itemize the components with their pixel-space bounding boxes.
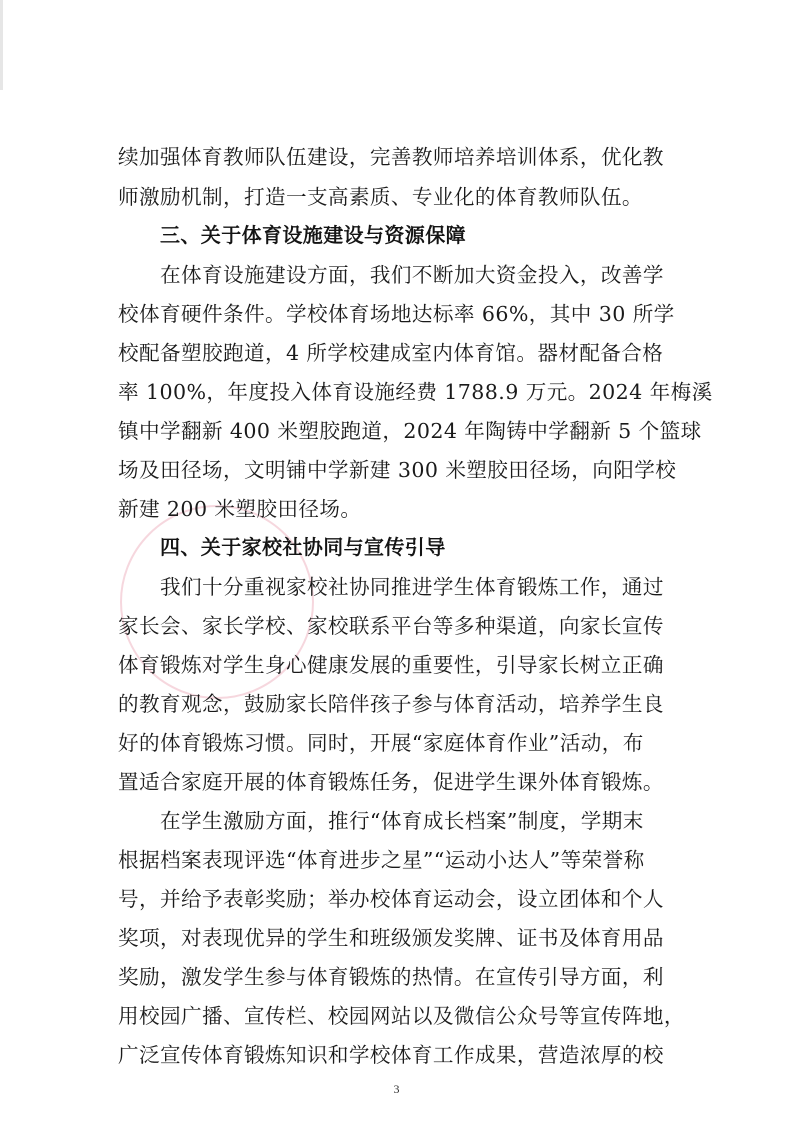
paragraph-line: 在学生激励方面，推行“体育成长档案”制度，学期末 — [160, 804, 644, 834]
paragraph-line: 广泛宣传体育锻炼知识和学校体育工作成果，营造浓厚的校 — [118, 1038, 664, 1068]
paragraph-line: 镇中学翻新 400 米塑胶跑道，2024 年陶铸中学翻新 5 个篮球 — [118, 414, 702, 444]
paragraph-line: 在体育设施建设方面，我们不断加大资金投入，改善学 — [160, 258, 664, 288]
paragraph-line: 校配备塑胶跑道，4 所学校建成室内体育馆。器材配备合格 — [118, 336, 663, 366]
page-number: 3 — [0, 1082, 793, 1097]
section-heading-3: 三、关于体育设施建设与资源保障 — [160, 219, 466, 248]
paragraph-line: 家长会、家长学校、家校联系平台等多种渠道，向家长宣传 — [118, 609, 664, 639]
paragraph-line: 师激励机制，打造一支高素质、专业化的体育教师队伍。 — [118, 180, 643, 210]
paragraph-line: 号，并给予表彰奖励；举办校体育运动会，设立团体和个人 — [118, 882, 664, 912]
paragraph-line: 续加强体育教师队伍建设，完善教师培养培训体系，优化教 — [118, 140, 664, 170]
paragraph-line: 校体育硬件条件。学校体育场地达标率 66%，其中 30 所学 — [118, 297, 675, 327]
paragraph-line: 好的体育锻炼习惯。同时，开展“家庭体育作业”活动，布 — [118, 726, 644, 756]
document-page: 续加强体育教师队伍建设，完善教师培养培训体系，优化教 师激励机制，打造一支高素质… — [0, 0, 793, 1121]
paragraph-line: 用校园广播、宣传栏、校园网站以及微信公众号等宣传阵地， — [118, 999, 685, 1029]
paragraph-line: 场及田径场，文明铺中学新建 300 米塑胶田径场，向阳学校 — [118, 453, 676, 483]
paragraph-line: 率 100%，年度投入体育设施经费 1788.9 万元。2024 年梅溪 — [118, 375, 713, 405]
paragraph-line: 我们十分重视家校社协同推进学生体育锻炼工作，通过 — [160, 570, 664, 600]
section-heading-4: 四、关于家校社协同与宣传引导 — [160, 531, 446, 560]
paragraph-line: 的教育观念，鼓励家长陪伴孩子参与体育活动，培养学生良 — [118, 687, 664, 717]
paragraph-line: 根据档案表现评选“体育进步之星”“运动小达人”等荣誉称 — [118, 843, 645, 873]
paragraph-line: 奖项，对表现优异的学生和班级颁发奖牌、证书及体育用品 — [118, 921, 664, 951]
paragraph-line: 置适合家庭开展的体育锻炼任务，促进学生课外体育锻炼。 — [118, 765, 664, 795]
paragraph-line: 体育锻炼对学生身心健康发展的重要性，引导家长树立正确 — [118, 648, 664, 678]
paragraph-line: 新建 200 米塑胶田径场。 — [118, 492, 361, 522]
scan-edge-mark — [0, 0, 3, 90]
paragraph-line: 奖励，激发学生参与体育锻炼的热情。在宣传引导方面，利 — [118, 960, 664, 990]
